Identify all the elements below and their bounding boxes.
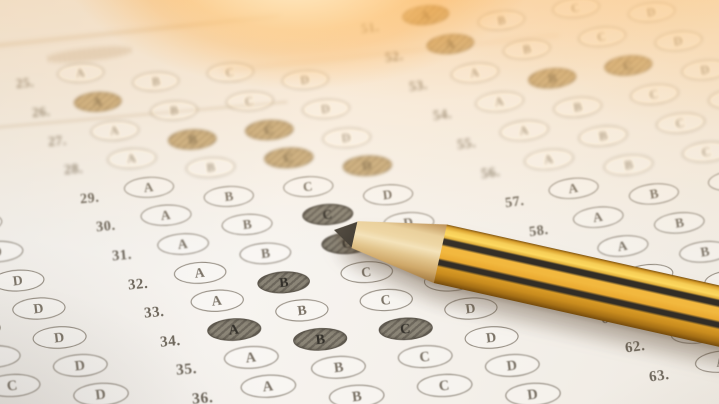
bubble-letter: A (160, 207, 171, 224)
bubble-letter: B (169, 103, 179, 119)
bubble-25-A: A (57, 62, 105, 84)
bubble-letter: A (143, 179, 154, 196)
bubble-56-B: B (603, 152, 655, 177)
bubble-letter: B (699, 243, 710, 260)
bubble-letter: D (300, 72, 311, 88)
bubble-letter: B (648, 185, 659, 202)
bubble-letter: D (382, 186, 393, 203)
bubble-32-B: B (257, 270, 311, 295)
bubble-51-C: C (551, 0, 600, 20)
bubble-letter: B (674, 214, 685, 231)
bubble-letter: B (547, 70, 558, 86)
bubble-letter: A (715, 353, 719, 371)
bubble-54-B: B (552, 95, 603, 120)
bubble-letter: D (321, 101, 332, 117)
bubble-30-B: B (221, 213, 273, 237)
answer-sheet-photo: ABCDABCDABCDABCDABCDABCDABCDABCD25.ABCD2… (0, 0, 719, 404)
bubble-letter: D (362, 158, 373, 175)
bubble-letter: B (623, 157, 634, 174)
bubble-29-B: B (203, 184, 254, 208)
question-number: 26. (31, 102, 62, 121)
question-number: 36. (191, 387, 227, 404)
question-number: 33. (143, 302, 178, 323)
bubble-letter: A (228, 320, 240, 338)
bubble-letter: D (95, 385, 108, 404)
bubble-letter: A (543, 151, 555, 168)
question-number: 58. (528, 220, 562, 241)
bubble-51-D: D (627, 0, 676, 24)
bubble-letter: D (33, 300, 45, 318)
bubble-letter: B (598, 128, 609, 145)
question-number: 56. (480, 162, 513, 183)
question-number: 62. (624, 335, 659, 357)
answer-row-27: 27.ABCD (48, 122, 400, 153)
bubble-letter: D (506, 357, 518, 375)
bubble-D: D (0, 239, 24, 263)
bubble-letter: B (496, 12, 507, 28)
bubble-letter: C (264, 121, 275, 137)
question-number: 52. (384, 46, 416, 66)
bubble-letter: D (527, 385, 540, 404)
bubble-25-D: D (281, 69, 329, 91)
bubble-26-C: C (225, 90, 274, 112)
bubble-letter: C (570, 0, 581, 16)
bubble-29-D: D (362, 183, 413, 207)
answer-row-prev-column-7: ABCD (0, 377, 162, 404)
bubble-57-C: C (707, 168, 719, 194)
answer-row-prev-column-2: ABCD (0, 236, 54, 268)
bubble-letter: B (572, 99, 583, 115)
question-number: 32. (127, 273, 161, 293)
bubble-letter: C (380, 291, 392, 309)
bubble-D: D (12, 296, 66, 321)
question-number: 29. (79, 188, 112, 207)
bubble-letter: D (700, 62, 711, 78)
question-number: 34. (159, 330, 194, 351)
bubble-letter: D (12, 271, 24, 289)
bubble-34-D: D (464, 325, 519, 350)
bubble-letter: C (303, 178, 314, 195)
bubble-letter: A (262, 377, 275, 396)
answer-sheet: ABCDABCDABCDABCDABCDABCDABCDABCD25.ABCD2… (0, 0, 719, 404)
bubble-letter: C (283, 150, 294, 167)
bubble-52-C: C (577, 24, 627, 49)
bubble-letter: A (92, 94, 103, 110)
bubble-letter: C (596, 29, 607, 45)
question-number: 55. (456, 133, 489, 153)
bubble-letter: A (617, 237, 629, 254)
bubble-54-D: D (707, 86, 719, 111)
bubble-33-D: D (444, 296, 498, 321)
bubble-letter: D (54, 328, 66, 346)
bubble-letter: B (333, 359, 345, 377)
answer-row-33: 33.ABCD (144, 292, 529, 325)
bubble-31-B: B (239, 241, 292, 265)
bubble-36-B: B (328, 383, 385, 404)
bubble-54-C: C (629, 82, 680, 107)
bubble-letter: A (109, 122, 120, 138)
bubble-letter: A (592, 209, 604, 226)
bubble-letter: C (675, 115, 687, 132)
bubble-letter: A (568, 180, 580, 197)
bubble-55-B: B (577, 123, 628, 148)
bubble-57-B: B (628, 181, 680, 207)
bubble-D: D (0, 268, 45, 293)
bubble-56-C: C (681, 139, 719, 164)
bubble-letter: C (400, 320, 412, 338)
bubble-letter: B (260, 245, 271, 262)
bubble-letter: A (211, 292, 223, 310)
question-number: 30. (95, 216, 128, 236)
answer-row-26: 26.ABCD (32, 94, 378, 124)
bubble-55-C: C (655, 110, 706, 135)
answer-row-36: 36.ABCD (192, 377, 594, 404)
bubble-letter: D (74, 357, 86, 375)
answer-row-29: 29.ABCD (80, 179, 443, 210)
bubble-26-A: A (73, 91, 122, 113)
bubble-letter: B (521, 41, 532, 57)
bubble-52-D: D (654, 29, 704, 54)
bubble-letter: A (245, 349, 257, 367)
bubble-25-C: C (206, 62, 254, 84)
bubble-28-B: B (185, 156, 236, 179)
bubble-letter: C (419, 348, 431, 366)
bubble-53-D: D (680, 58, 719, 83)
bubble-51-A: A (401, 3, 450, 27)
bubble-letter: A (177, 235, 189, 252)
bubble-D: D (0, 211, 3, 235)
bubble-28-C: C (264, 146, 315, 169)
bubble-26-D: D (301, 98, 350, 120)
bubble-letter: C (6, 376, 19, 395)
bubble-letter: A (494, 93, 506, 110)
bubble-35-D: D (484, 353, 540, 379)
bubble-letter: D (341, 129, 352, 145)
bubble-35-C: C (397, 344, 453, 370)
answer-row-prev-column-1: ABCD (0, 207, 32, 239)
bubble-58-B: B (653, 210, 706, 236)
bubble-letter: D (486, 328, 498, 346)
bubble-letter: A (194, 264, 206, 282)
bubble-27-D: D (322, 126, 372, 149)
bubble-letter: A (126, 150, 137, 167)
bubble-letter: B (278, 273, 289, 290)
bubble-letter: B (242, 216, 253, 233)
bubble-letter: D (646, 4, 657, 20)
paper-edge-line (0, 14, 279, 48)
bubble-letter: B (224, 188, 235, 205)
bubble-letter: C (623, 57, 634, 73)
question-number: 27. (47, 131, 79, 150)
bubble-letter: A (518, 122, 530, 139)
bubble-59-B: B (678, 239, 719, 265)
bubble-27-B: B (167, 128, 217, 151)
bubble-letter: D (0, 243, 3, 260)
bubble-letter: A (75, 66, 86, 82)
bubble-35-A: A (223, 345, 279, 371)
bubble-51-B: B (477, 8, 526, 32)
question-number: 31. (111, 245, 145, 265)
bubble-36-D: D (505, 381, 562, 404)
bubble-34-B: B (293, 326, 348, 351)
bubble-52-B: B (502, 37, 552, 62)
bubble-letter: C (701, 143, 713, 160)
answer-row-28: 28.ABCD (64, 151, 421, 182)
bubble-letter: C (244, 93, 255, 109)
bubble-letter: B (187, 131, 197, 147)
bubble-letter: A (469, 65, 480, 81)
bubble-letter: C (225, 65, 236, 81)
question-number: 54. (432, 104, 464, 124)
bubble-30-A: A (140, 204, 192, 228)
bubble-D: D (73, 381, 130, 404)
bubble-letter: C (438, 376, 451, 395)
bubble-26-B: B (150, 99, 199, 121)
question-number: 57. (504, 191, 537, 212)
question-number: 53. (408, 75, 440, 95)
handwritten-mark (46, 44, 133, 66)
bubble-letter: B (296, 302, 307, 320)
question-number: 51. (360, 17, 392, 37)
bubble-D: D (52, 353, 108, 379)
bubble-53-B: B (527, 66, 577, 91)
bubble-28-D: D (342, 154, 393, 177)
bubble-letter: C (322, 206, 333, 223)
bubble-letter: D (673, 33, 684, 49)
bubble-letter: C (649, 86, 661, 103)
question-number: 25. (15, 74, 46, 92)
bubble-29-C: C (283, 175, 334, 199)
bubble-D: D (32, 325, 87, 350)
bubble-letter: B (205, 159, 215, 175)
bubble-53-C: C (603, 53, 653, 78)
bubble-letter: B (314, 330, 325, 348)
bubble-letter: D (465, 300, 477, 318)
bubble-35-B: B (310, 355, 366, 381)
bubble-letter: A (445, 36, 456, 52)
bubble-33-B: B (275, 298, 329, 323)
bubble-25-B: B (132, 71, 180, 93)
bubble-letter: A (420, 7, 431, 23)
bubble-27-C: C (244, 118, 294, 141)
answer-row-prev-column-0: ABCD (0, 179, 11, 210)
question-number: 35. (175, 358, 211, 379)
bubble-letter: B (151, 74, 161, 90)
question-number: 28. (63, 159, 95, 178)
answer-row-25: 25.ABCD (16, 66, 357, 96)
question-number: 63. (648, 364, 683, 386)
bubble-letter: B (351, 387, 363, 404)
